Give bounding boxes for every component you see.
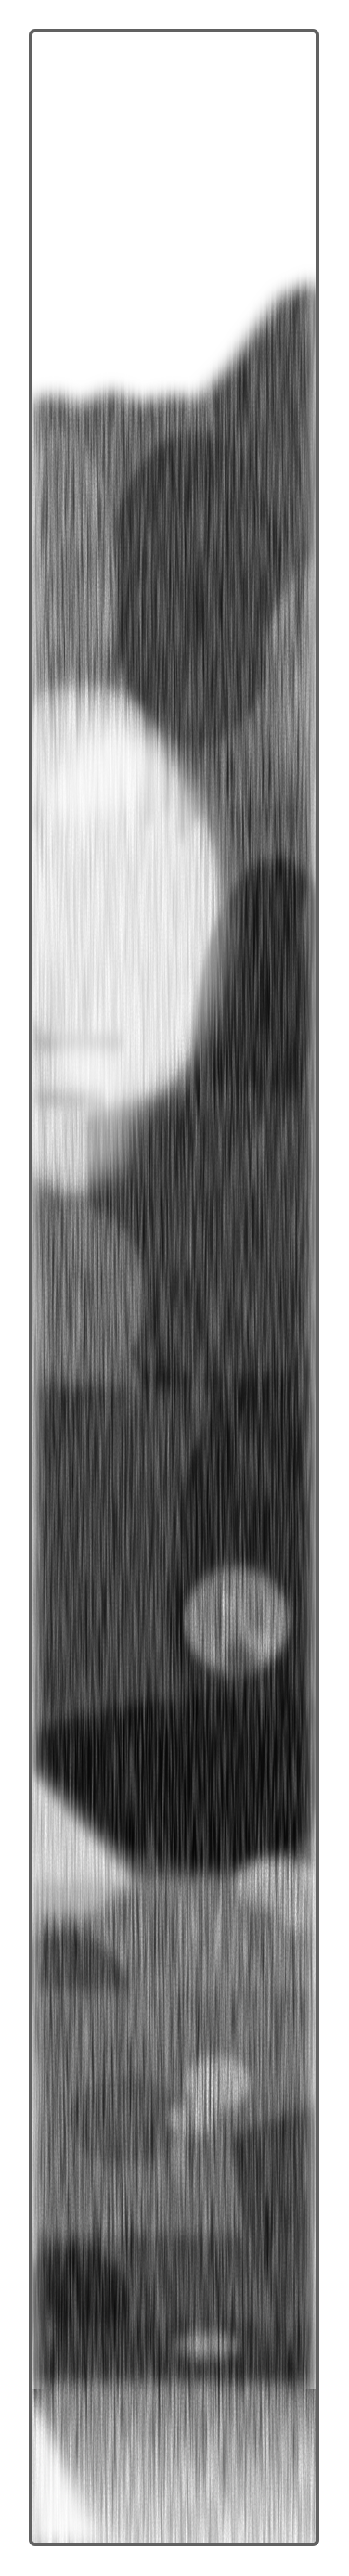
light-blob-center bbox=[185, 2057, 252, 2109]
spiky-bar bbox=[207, 717, 215, 799]
page bbox=[0, 0, 349, 2576]
spiky-bar bbox=[223, 730, 230, 795]
blob-bright-spot bbox=[249, 1631, 273, 1655]
spiky-bar bbox=[192, 721, 200, 823]
blob-bright-spot bbox=[216, 1593, 235, 1612]
dark-dash-lower bbox=[32, 1092, 105, 1104]
tone-lower-dark-clump bbox=[68, 2076, 183, 2165]
tone-dark-strip bbox=[32, 2323, 316, 2386]
spiky-bar bbox=[144, 715, 152, 826]
spiky-bar bbox=[163, 724, 170, 812]
dark-dash-upper bbox=[40, 1037, 123, 1050]
charcoal-drawing bbox=[32, 218, 316, 2543]
tone-upper-dark-center bbox=[107, 431, 283, 747]
light-speckle bbox=[174, 2332, 240, 2358]
artwork-canvas bbox=[32, 32, 316, 2543]
artwork-frame bbox=[29, 29, 319, 2546]
spiky-bar bbox=[177, 710, 187, 840]
light-blob-center bbox=[167, 2104, 217, 2133]
blob-dark-core bbox=[224, 1643, 253, 1673]
